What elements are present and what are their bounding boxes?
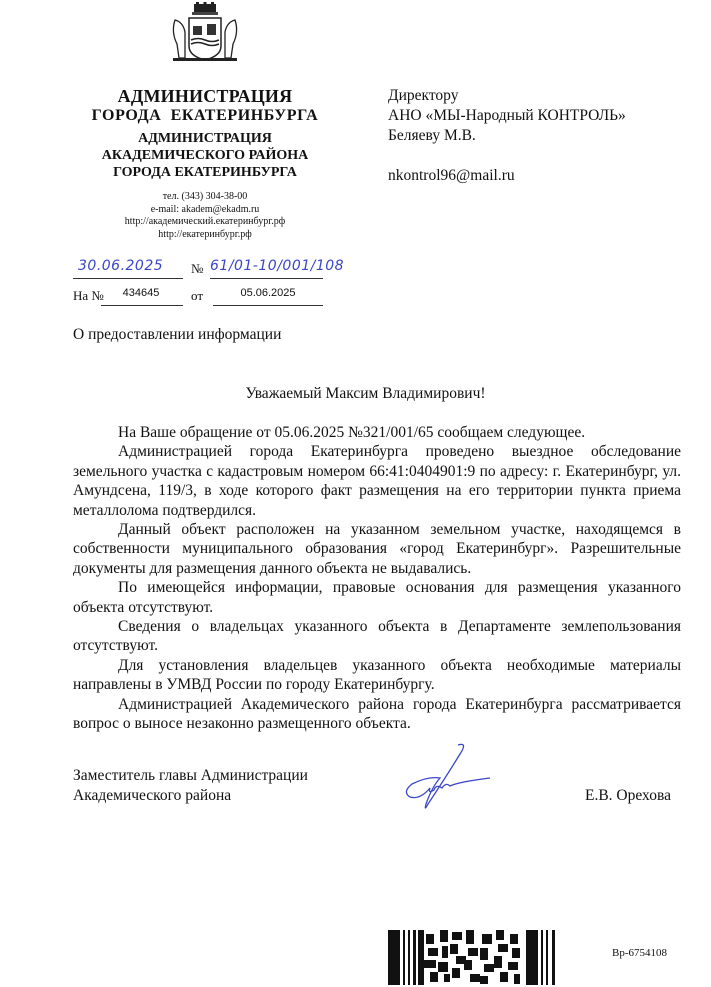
signatory-title-line1: Заместитель главы Администрации (73, 766, 308, 786)
contact-block: тел. (343) 304-38-00 e-mail: akadem@ekad… (60, 191, 350, 241)
paragraph: Для установления владельцев указанного о… (73, 656, 681, 695)
pdf417-barcode-icon (388, 930, 556, 985)
underline (101, 305, 183, 306)
org-header: АДМИНИСТРАЦИЯ ГОРОДА ЕКАТЕРИНБУРГА (60, 86, 350, 126)
in-reply-number: 434645 (101, 287, 181, 299)
outgoing-date: 30.06.2025 (78, 258, 163, 274)
underline (210, 278, 323, 279)
registration-code: Вр-6754108 (612, 947, 667, 959)
signatory-title-line2: Академического района (73, 786, 308, 806)
recipient-org: АНО «МЫ-Народный КОНТРОЛЬ» (388, 106, 626, 126)
handwritten-signature-icon (398, 742, 498, 817)
in-reply-row: На № 434645 от 05.06.2025 (73, 285, 363, 307)
recipient-name: Беляеву М.В. (388, 126, 626, 146)
district-line1: АДМИНИСТРАЦИЯ (60, 130, 350, 147)
recipient-position: Директору (388, 86, 626, 106)
website-district: http://академический.екатеринбург.рф (60, 216, 350, 229)
underline (73, 278, 183, 279)
org-name-line2: ГОРОДА ЕКАТЕРИНБУРГА (60, 106, 350, 126)
outgoing-reg-row: 30.06.2025 № 61/01-10/001/108 (73, 258, 363, 280)
recipient-block: Директору АНО «МЫ-Народный КОНТРОЛЬ» Бел… (388, 86, 626, 186)
underline (213, 305, 323, 306)
letter-body: На Ваше обращение от 05.06.2025 №321/001… (73, 423, 681, 734)
signatory-name: Е.В. Орехова (585, 787, 671, 805)
district-line3: ГОРОДА ЕКАТЕРИНБУРГА (60, 164, 350, 181)
paragraph: На Ваше обращение от 05.06.2025 №321/001… (73, 423, 681, 442)
paragraph: Сведения о владельцах указанного объекта… (73, 617, 681, 656)
paragraph: По имеющейся информации, правовые основа… (73, 578, 681, 617)
coat-of-arms-icon (165, 2, 245, 64)
email: e-mail: akadem@ekadm.ru (60, 204, 350, 217)
from-label: от (191, 288, 203, 304)
website-city: http://екатеринбург.рф (60, 229, 350, 242)
paragraph: Данный объект расположен на указанном зе… (73, 520, 681, 578)
in-reply-label: На № (73, 288, 104, 304)
letter-subject: О предоставлении информации (73, 326, 281, 344)
outgoing-number: 61/01-10/001/108 (210, 258, 344, 274)
org-name-line1: АДМИНИСТРАЦИЯ (60, 86, 350, 106)
signatory-title: Заместитель главы Администрации Академич… (73, 766, 308, 806)
recipient-email[interactable]: nkontrol96@mail.ru (388, 166, 626, 186)
greeting: Уважаемый Максим Владимирович! (0, 385, 711, 403)
district-line2: АКАДЕМИЧЕСКОГО РАЙОНА (60, 147, 350, 164)
phone: тел. (343) 304-38-00 (60, 191, 350, 204)
number-label: № (191, 261, 203, 277)
paragraph: Администрацией Академического района гор… (73, 695, 681, 734)
district-header: АДМИНИСТРАЦИЯ АКАДЕМИЧЕСКОГО РАЙОНА ГОРО… (60, 130, 350, 181)
in-reply-date: 05.06.2025 (213, 287, 323, 299)
paragraph: Администрацией города Екатеринбурга пров… (73, 442, 681, 520)
